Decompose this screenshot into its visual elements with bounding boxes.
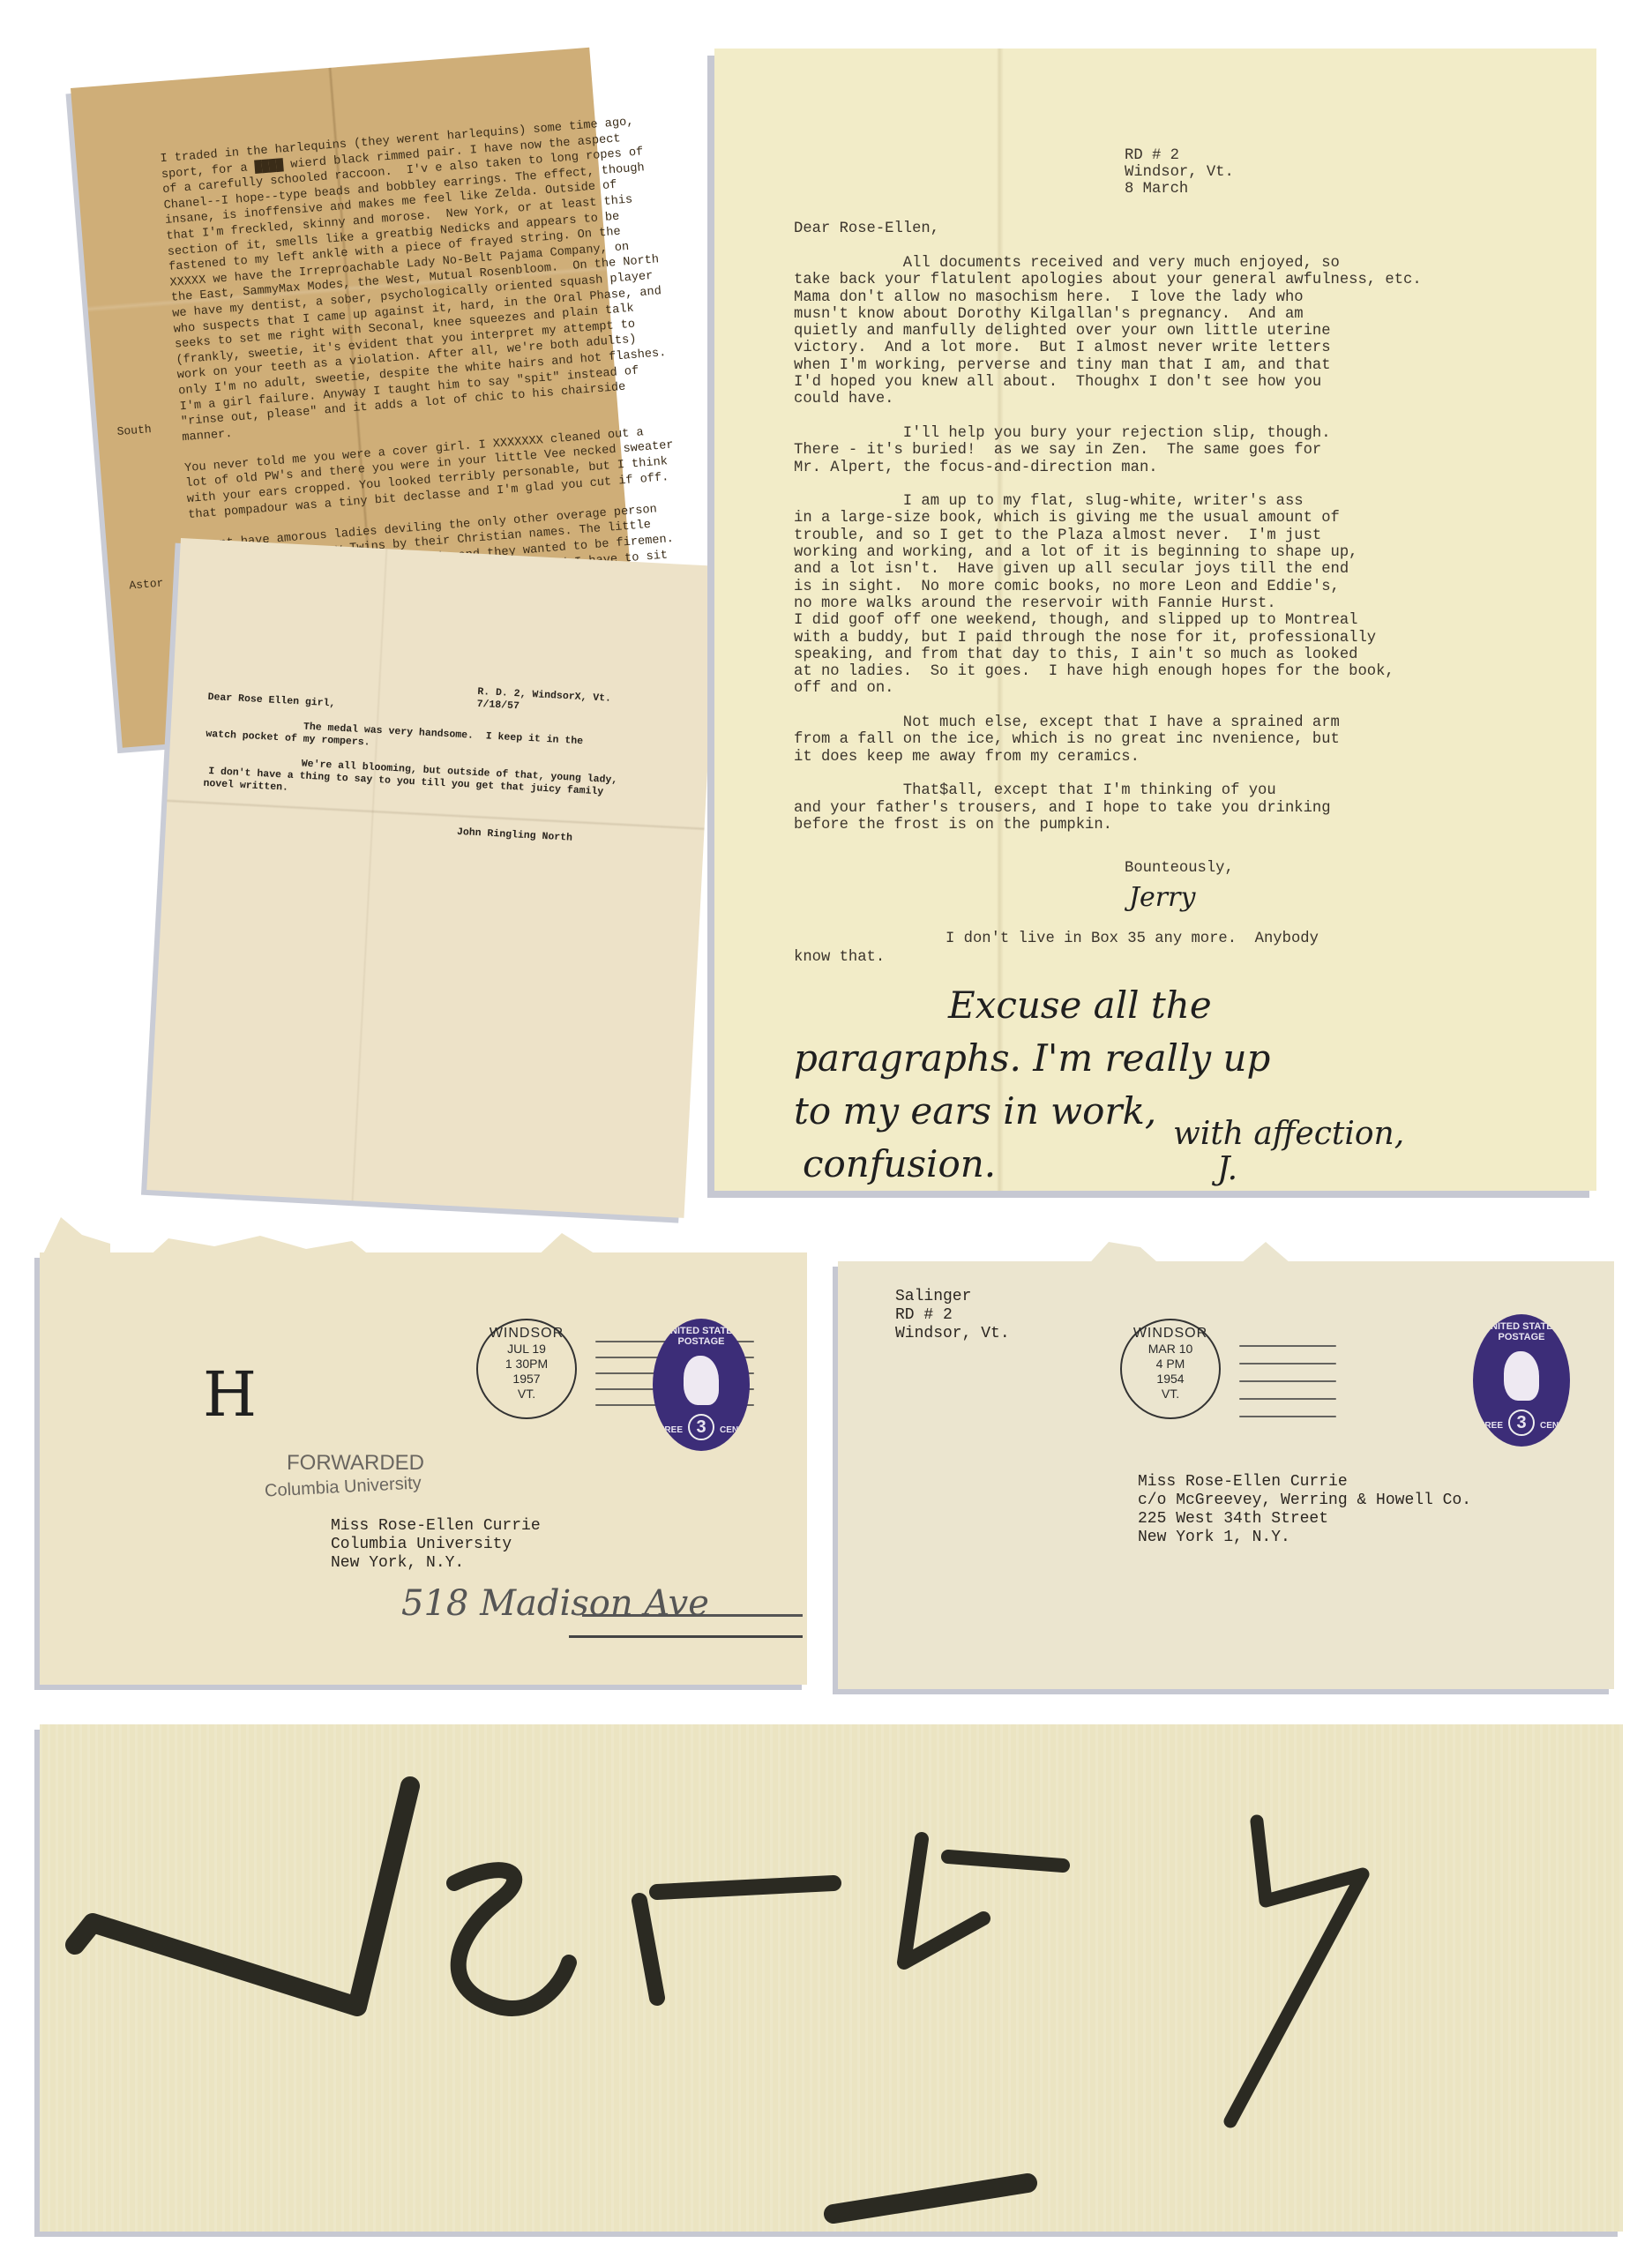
letter-address-2: Windsor, Vt. [1125,164,1234,181]
rubber-stamp-columbia: Columbia University [265,1473,422,1501]
postscript-b: know that. [794,949,885,966]
return-address-line-1: Salinger [895,1288,971,1306]
john-ringling-north-letter: R. D. 2, WindsorX, Vt. 7/18/57 Dear Rose… [146,538,718,1218]
handwritten-line-2: paragraphs. I'm really up [794,1036,1270,1080]
handwritten-forward-address: 518 Madison Ave [401,1583,709,1624]
postmark-1957: WINDSOR JUL 19 1 30PM 1957 VT. [476,1319,577,1419]
letter-body: All documents received and very much enj… [794,255,1422,834]
handwritten-h: H [203,1358,257,1431]
postmark-city: WINDSOR [1122,1326,1219,1342]
recipient-line-2: Columbia University [331,1536,512,1554]
margin-note-south: South [116,422,152,438]
postage-stamp-icon: UNITED STATES POSTAGE THREE3CENTS [653,1319,750,1451]
recipient-line-4: New York 1, N.Y. [1138,1529,1290,1547]
postmark-date: MAR 10 [1122,1342,1219,1357]
postmark-time: 1 30PM [478,1357,575,1372]
stamp-right-text: CENTS [720,1425,750,1435]
signature-closeup: Jerry [40,1724,1623,2232]
handwritten-line-4: confusion. [803,1142,996,1185]
stamp-left-text: THREE [1473,1421,1503,1431]
letter-signature: Jerry [1129,882,1195,913]
postage-stamp-icon: UNITED STATES POSTAGE THREE3CENTS [1473,1314,1570,1447]
salinger-letter: RD # 2 Windsor, Vt. 8 March Dear Rose-El… [714,49,1596,1191]
handwritten-line-6: J. [1217,1151,1237,1187]
return-address-line-3: Windsor, Vt. [895,1325,1010,1343]
postmark-city: WINDSOR [478,1326,575,1342]
signature-jerry-icon: Jerry [40,1724,1623,2232]
stamp-left-text: THREE [653,1425,683,1435]
envelope-1954: Salinger RD # 2 Windsor, Vt. WINDSOR MAR… [838,1261,1614,1689]
postmark-year: 1954 [1122,1372,1219,1387]
postmark-state: VT. [478,1387,575,1402]
recipient-line-3: New York, N.Y. [331,1554,464,1573]
return-address-line-2: RD # 2 [895,1306,953,1325]
envelope-1957: WINDSOR JUL 19 1 30PM 1957 VT. UNITED ST… [40,1252,807,1685]
stamp-top-text: UNITED STATES POSTAGE [653,1326,750,1347]
recipient-line-2: c/o McGreevey, Werring & Howell Co. [1138,1492,1471,1510]
postmark-1954: WINDSOR MAR 10 4 PM 1954 VT. [1120,1319,1221,1419]
letter-date: 8 March [1125,181,1188,198]
postmark-state: VT. [1122,1387,1219,1402]
postmark-year: 1957 [478,1372,575,1387]
recipient-line-1: Miss Rose-Ellen Currie [1138,1473,1348,1492]
stamp-right-text: CENTS [1540,1421,1570,1431]
stamp-value: 3 [688,1414,714,1440]
letter-closing: Bounteously, [1125,860,1234,877]
postmark-time: 4 PM [1122,1357,1219,1372]
recipient-line-1: Miss Rose-Ellen Currie [331,1517,541,1536]
margin-note-astor: Astor [129,576,164,592]
recipient-line-3: 225 West 34th Street [1138,1510,1328,1529]
postmark-date: JUL 19 [478,1342,575,1357]
stamp-value: 3 [1508,1409,1535,1436]
stamp-top-text: UNITED STATES POSTAGE [1473,1321,1570,1342]
handwritten-line-1: Excuse all the [948,983,1212,1027]
north-date: 7/18/57 [476,699,520,713]
postscript-a: I don't live in Box 35 any more. Anybody [946,931,1319,947]
rubber-stamp-forwarded: FORWARDED [287,1451,424,1476]
letter-address-1: RD # 2 [1125,147,1179,164]
handwritten-line-3: to my ears in work, [794,1089,1156,1133]
north-signature: John Ringling North [457,826,573,844]
handwritten-line-5: with affection, [1173,1116,1404,1152]
letter-salutation: Dear Rose-Ellen, [794,221,939,237]
north-salutation: Dear Rose Ellen girl, [207,692,335,710]
